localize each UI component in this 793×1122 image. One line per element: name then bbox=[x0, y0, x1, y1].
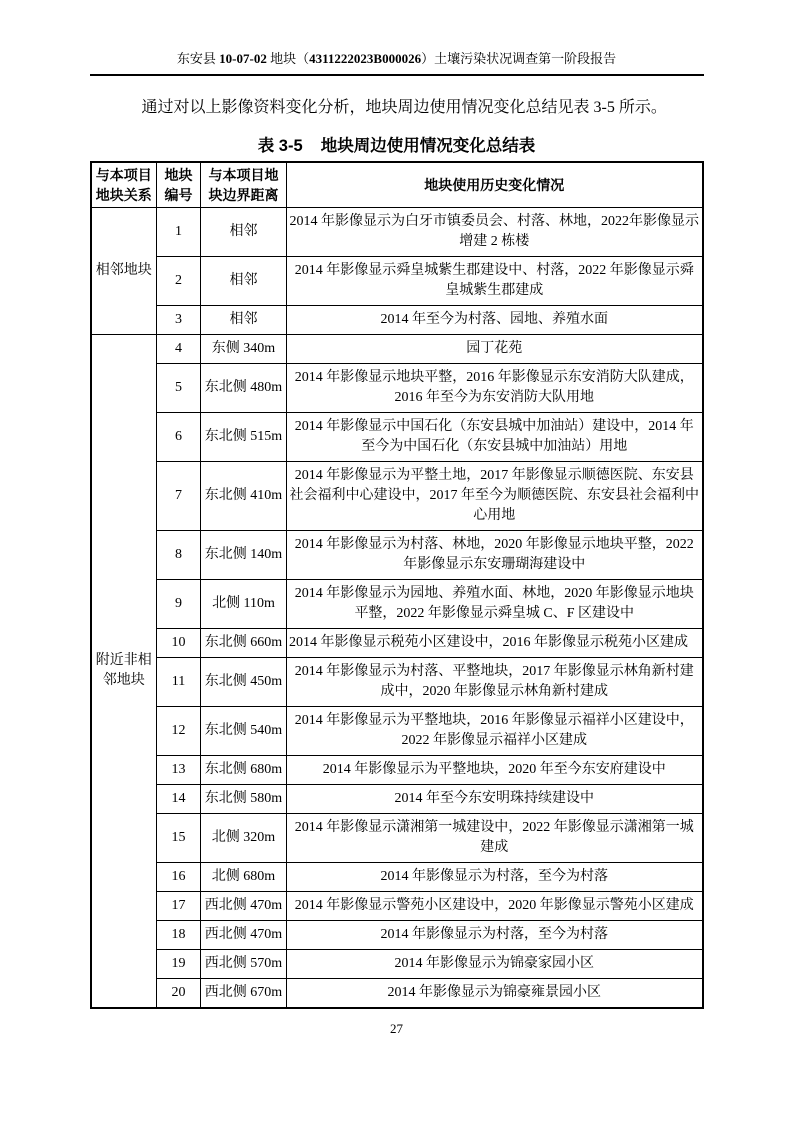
intro-paragraph: 通过对以上影像资料变化分析，地块周边使用情况变化总结见表 3-5 所示。 bbox=[110, 96, 684, 119]
table-row: 16北侧 680m2014 年影像显示为村落，至今为村落 bbox=[91, 863, 703, 892]
table-header-row: 与本项目 地块关系 地块 编号 与本项目地 块边界距离 地块使用历史变化情况 bbox=[91, 162, 703, 208]
distance-cell: 北侧 320m bbox=[201, 814, 287, 863]
distance-cell: 东侧 340m bbox=[201, 335, 287, 364]
history-cell: 2014 年影像显示为村落、平整地块，2017 年影像显示林角新村建成中，202… bbox=[287, 658, 703, 707]
history-cell: 2014 年影像显示地块平整，2016 年影像显示东安消防大队建成，2016 年… bbox=[287, 364, 703, 413]
table-row: 20西北侧 670m2014 年影像显示为锦豪雍景园小区 bbox=[91, 979, 703, 1009]
plot-number-cell: 15 bbox=[157, 814, 201, 863]
history-cell: 2014 年影像显示中国石化（东安县城中加油站）建设中，2014 年至今为中国石… bbox=[287, 413, 703, 462]
plot-number-cell: 5 bbox=[157, 364, 201, 413]
table-row: 18西北侧 470m2014 年影像显示为村落，至今为村落 bbox=[91, 921, 703, 950]
table-row: 相邻地块1相邻2014 年影像显示为白牙市镇委员会、村落、林地，2022年影像显… bbox=[91, 208, 703, 257]
history-cell: 2014 年影像显示为村落、林地，2020 年影像显示地块平整，2022 年影像… bbox=[287, 531, 703, 580]
col-header-plot-no: 地块 编号 bbox=[157, 162, 201, 208]
table-body: 相邻地块1相邻2014 年影像显示为白牙市镇委员会、村落、林地，2022年影像显… bbox=[91, 208, 703, 1009]
distance-cell: 东北侧 410m bbox=[201, 462, 287, 531]
table-row: 8东北侧 140m2014 年影像显示为村落、林地，2020 年影像显示地块平整… bbox=[91, 531, 703, 580]
distance-cell: 东北侧 480m bbox=[201, 364, 287, 413]
history-cell: 园丁花苑 bbox=[287, 335, 703, 364]
distance-cell: 北侧 680m bbox=[201, 863, 287, 892]
plot-number-cell: 17 bbox=[157, 892, 201, 921]
distance-cell: 东北侧 450m bbox=[201, 658, 287, 707]
plot-number-cell: 16 bbox=[157, 863, 201, 892]
table-row: 9北侧 110m2014 年影像显示为园地、养殖水面、林地，2020 年影像显示… bbox=[91, 580, 703, 629]
plot-number-cell: 14 bbox=[157, 785, 201, 814]
distance-cell: 东北侧 580m bbox=[201, 785, 287, 814]
distance-cell: 西北侧 470m bbox=[201, 892, 287, 921]
history-cell: 2014 年影像显示潇湘第一城建设中，2022 年影像显示潇湘第一城建成 bbox=[287, 814, 703, 863]
group-label: 附近非相 邻地块 bbox=[91, 335, 157, 1009]
table-row: 附近非相 邻地块4东侧 340m园丁花苑 bbox=[91, 335, 703, 364]
plot-number-cell: 13 bbox=[157, 756, 201, 785]
distance-cell: 相邻 bbox=[201, 306, 287, 335]
distance-cell: 西北侧 670m bbox=[201, 979, 287, 1009]
plot-number-cell: 1 bbox=[157, 208, 201, 257]
table-row: 13东北侧 680m2014 年影像显示为平整地块，2020 年至今东安府建设中 bbox=[91, 756, 703, 785]
table-row: 6东北侧 515m2014 年影像显示中国石化（东安县城中加油站）建设中，201… bbox=[91, 413, 703, 462]
plot-number-cell: 8 bbox=[157, 531, 201, 580]
plot-number-cell: 10 bbox=[157, 629, 201, 658]
distance-cell: 相邻 bbox=[201, 208, 287, 257]
distance-cell: 东北侧 660m bbox=[201, 629, 287, 658]
table-title-text: 地块周边使用情况变化总结表 bbox=[321, 137, 536, 155]
history-cell: 2014 年至今东安明珠持续建设中 bbox=[287, 785, 703, 814]
table-row: 19西北侧 570m2014 年影像显示为锦豪家园小区 bbox=[91, 950, 703, 979]
plot-number-cell: 11 bbox=[157, 658, 201, 707]
group-label: 相邻地块 bbox=[91, 208, 157, 335]
table-row: 5东北侧 480m2014 年影像显示地块平整，2016 年影像显示东安消防大队… bbox=[91, 364, 703, 413]
summary-table: 与本项目 地块关系 地块 编号 与本项目地 块边界距离 地块使用历史变化情况 相… bbox=[90, 161, 704, 1009]
history-cell: 2014 年影像显示为锦豪雍景园小区 bbox=[287, 979, 703, 1009]
distance-cell: 东北侧 140m bbox=[201, 531, 287, 580]
history-cell: 2014 年影像显示为园地、养殖水面、林地，2020 年影像显示地块平整，202… bbox=[287, 580, 703, 629]
table-row: 2相邻2014 年影像显示舜皇城紫生郡建设中、村落，2022 年影像显示舜皇城紫… bbox=[91, 257, 703, 306]
table-row: 17西北侧 470m2014 年影像显示警苑小区建设中，2020 年影像显示警苑… bbox=[91, 892, 703, 921]
col-header-relation: 与本项目 地块关系 bbox=[91, 162, 157, 208]
table-number: 表 3-5 bbox=[258, 137, 303, 155]
distance-cell: 西北侧 470m bbox=[201, 921, 287, 950]
distance-cell: 北侧 110m bbox=[201, 580, 287, 629]
distance-cell: 东北侧 540m bbox=[201, 707, 287, 756]
history-cell: 2014 年影像显示警苑小区建设中，2020 年影像显示警苑小区建成 bbox=[287, 892, 703, 921]
table-row: 11东北侧 450m2014 年影像显示为村落、平整地块，2017 年影像显示林… bbox=[91, 658, 703, 707]
page-header: 东安县 10-07-02 地块（4311222023B000026）土壤污染状况… bbox=[90, 50, 704, 76]
col-header-distance: 与本项目地 块边界距离 bbox=[201, 162, 287, 208]
history-cell: 2014 年影像显示舜皇城紫生郡建设中、村落，2022 年影像显示舜皇城紫生郡建… bbox=[287, 257, 703, 306]
plot-number-cell: 18 bbox=[157, 921, 201, 950]
page-number: 27 bbox=[90, 1021, 704, 1037]
distance-cell: 东北侧 680m bbox=[201, 756, 287, 785]
history-cell: 2014 年影像显示为平整土地，2017 年影像显示顺德医院、东安县社会福利中心… bbox=[287, 462, 703, 531]
distance-cell: 相邻 bbox=[201, 257, 287, 306]
distance-cell: 东北侧 515m bbox=[201, 413, 287, 462]
plot-number-cell: 19 bbox=[157, 950, 201, 979]
plot-number-cell: 20 bbox=[157, 979, 201, 1009]
table-row: 7东北侧 410m2014 年影像显示为平整土地，2017 年影像显示顺德医院、… bbox=[91, 462, 703, 531]
distance-cell: 西北侧 570m bbox=[201, 950, 287, 979]
table-row: 15北侧 320m2014 年影像显示潇湘第一城建设中，2022 年影像显示潇湘… bbox=[91, 814, 703, 863]
history-cell: 2014 年影像显示为锦豪家园小区 bbox=[287, 950, 703, 979]
history-cell: 2014 年影像显示为平整地块，2020 年至今东安府建设中 bbox=[287, 756, 703, 785]
document-title: 东安县 10-07-02 地块（4311222023B000026）土壤污染状况… bbox=[177, 51, 616, 66]
table-row: 3相邻2014 年至今为村落、园地、养殖水面 bbox=[91, 306, 703, 335]
plot-number-cell: 12 bbox=[157, 707, 201, 756]
plot-number-cell: 3 bbox=[157, 306, 201, 335]
table-title: 表 3-5地块周边使用情况变化总结表 bbox=[90, 132, 704, 156]
history-cell: 2014 年至今为村落、园地、养殖水面 bbox=[287, 306, 703, 335]
plot-number-cell: 6 bbox=[157, 413, 201, 462]
plot-number-cell: 9 bbox=[157, 580, 201, 629]
document-title-part: 10-07-02 bbox=[219, 51, 267, 66]
document-title-part: ）土壤污染状况调查第一阶段报告 bbox=[421, 51, 616, 66]
document-title-part: 东安县 bbox=[177, 51, 219, 66]
document-title-part: 4311222023B000026 bbox=[309, 51, 421, 66]
document-title-part: 地块（ bbox=[267, 51, 309, 66]
history-cell: 2014 年影像显示为村落，至今为村落 bbox=[287, 921, 703, 950]
table-row: 14东北侧 580m2014 年至今东安明珠持续建设中 bbox=[91, 785, 703, 814]
history-cell: 2014 年影像显示为白牙市镇委员会、村落、林地，2022年影像显示增建 2 栋… bbox=[287, 208, 703, 257]
table-row: 10东北侧 660m2014 年影像显示税苑小区建设中，2016 年影像显示税苑… bbox=[91, 629, 703, 658]
history-cell: 2014 年影像显示为平整地块，2016 年影像显示福祥小区建设中，2022 年… bbox=[287, 707, 703, 756]
history-cell: 2014 年影像显示为村落，至今为村落 bbox=[287, 863, 703, 892]
page: 东安县 10-07-02 地块（4311222023B000026）土壤污染状况… bbox=[90, 0, 704, 1037]
col-header-history: 地块使用历史变化情况 bbox=[287, 162, 703, 208]
plot-number-cell: 2 bbox=[157, 257, 201, 306]
history-cell: 2014 年影像显示税苑小区建设中，2016 年影像显示税苑小区建成 bbox=[287, 629, 703, 658]
plot-number-cell: 7 bbox=[157, 462, 201, 531]
plot-number-cell: 4 bbox=[157, 335, 201, 364]
table-row: 12东北侧 540m2014 年影像显示为平整地块，2016 年影像显示福祥小区… bbox=[91, 707, 703, 756]
